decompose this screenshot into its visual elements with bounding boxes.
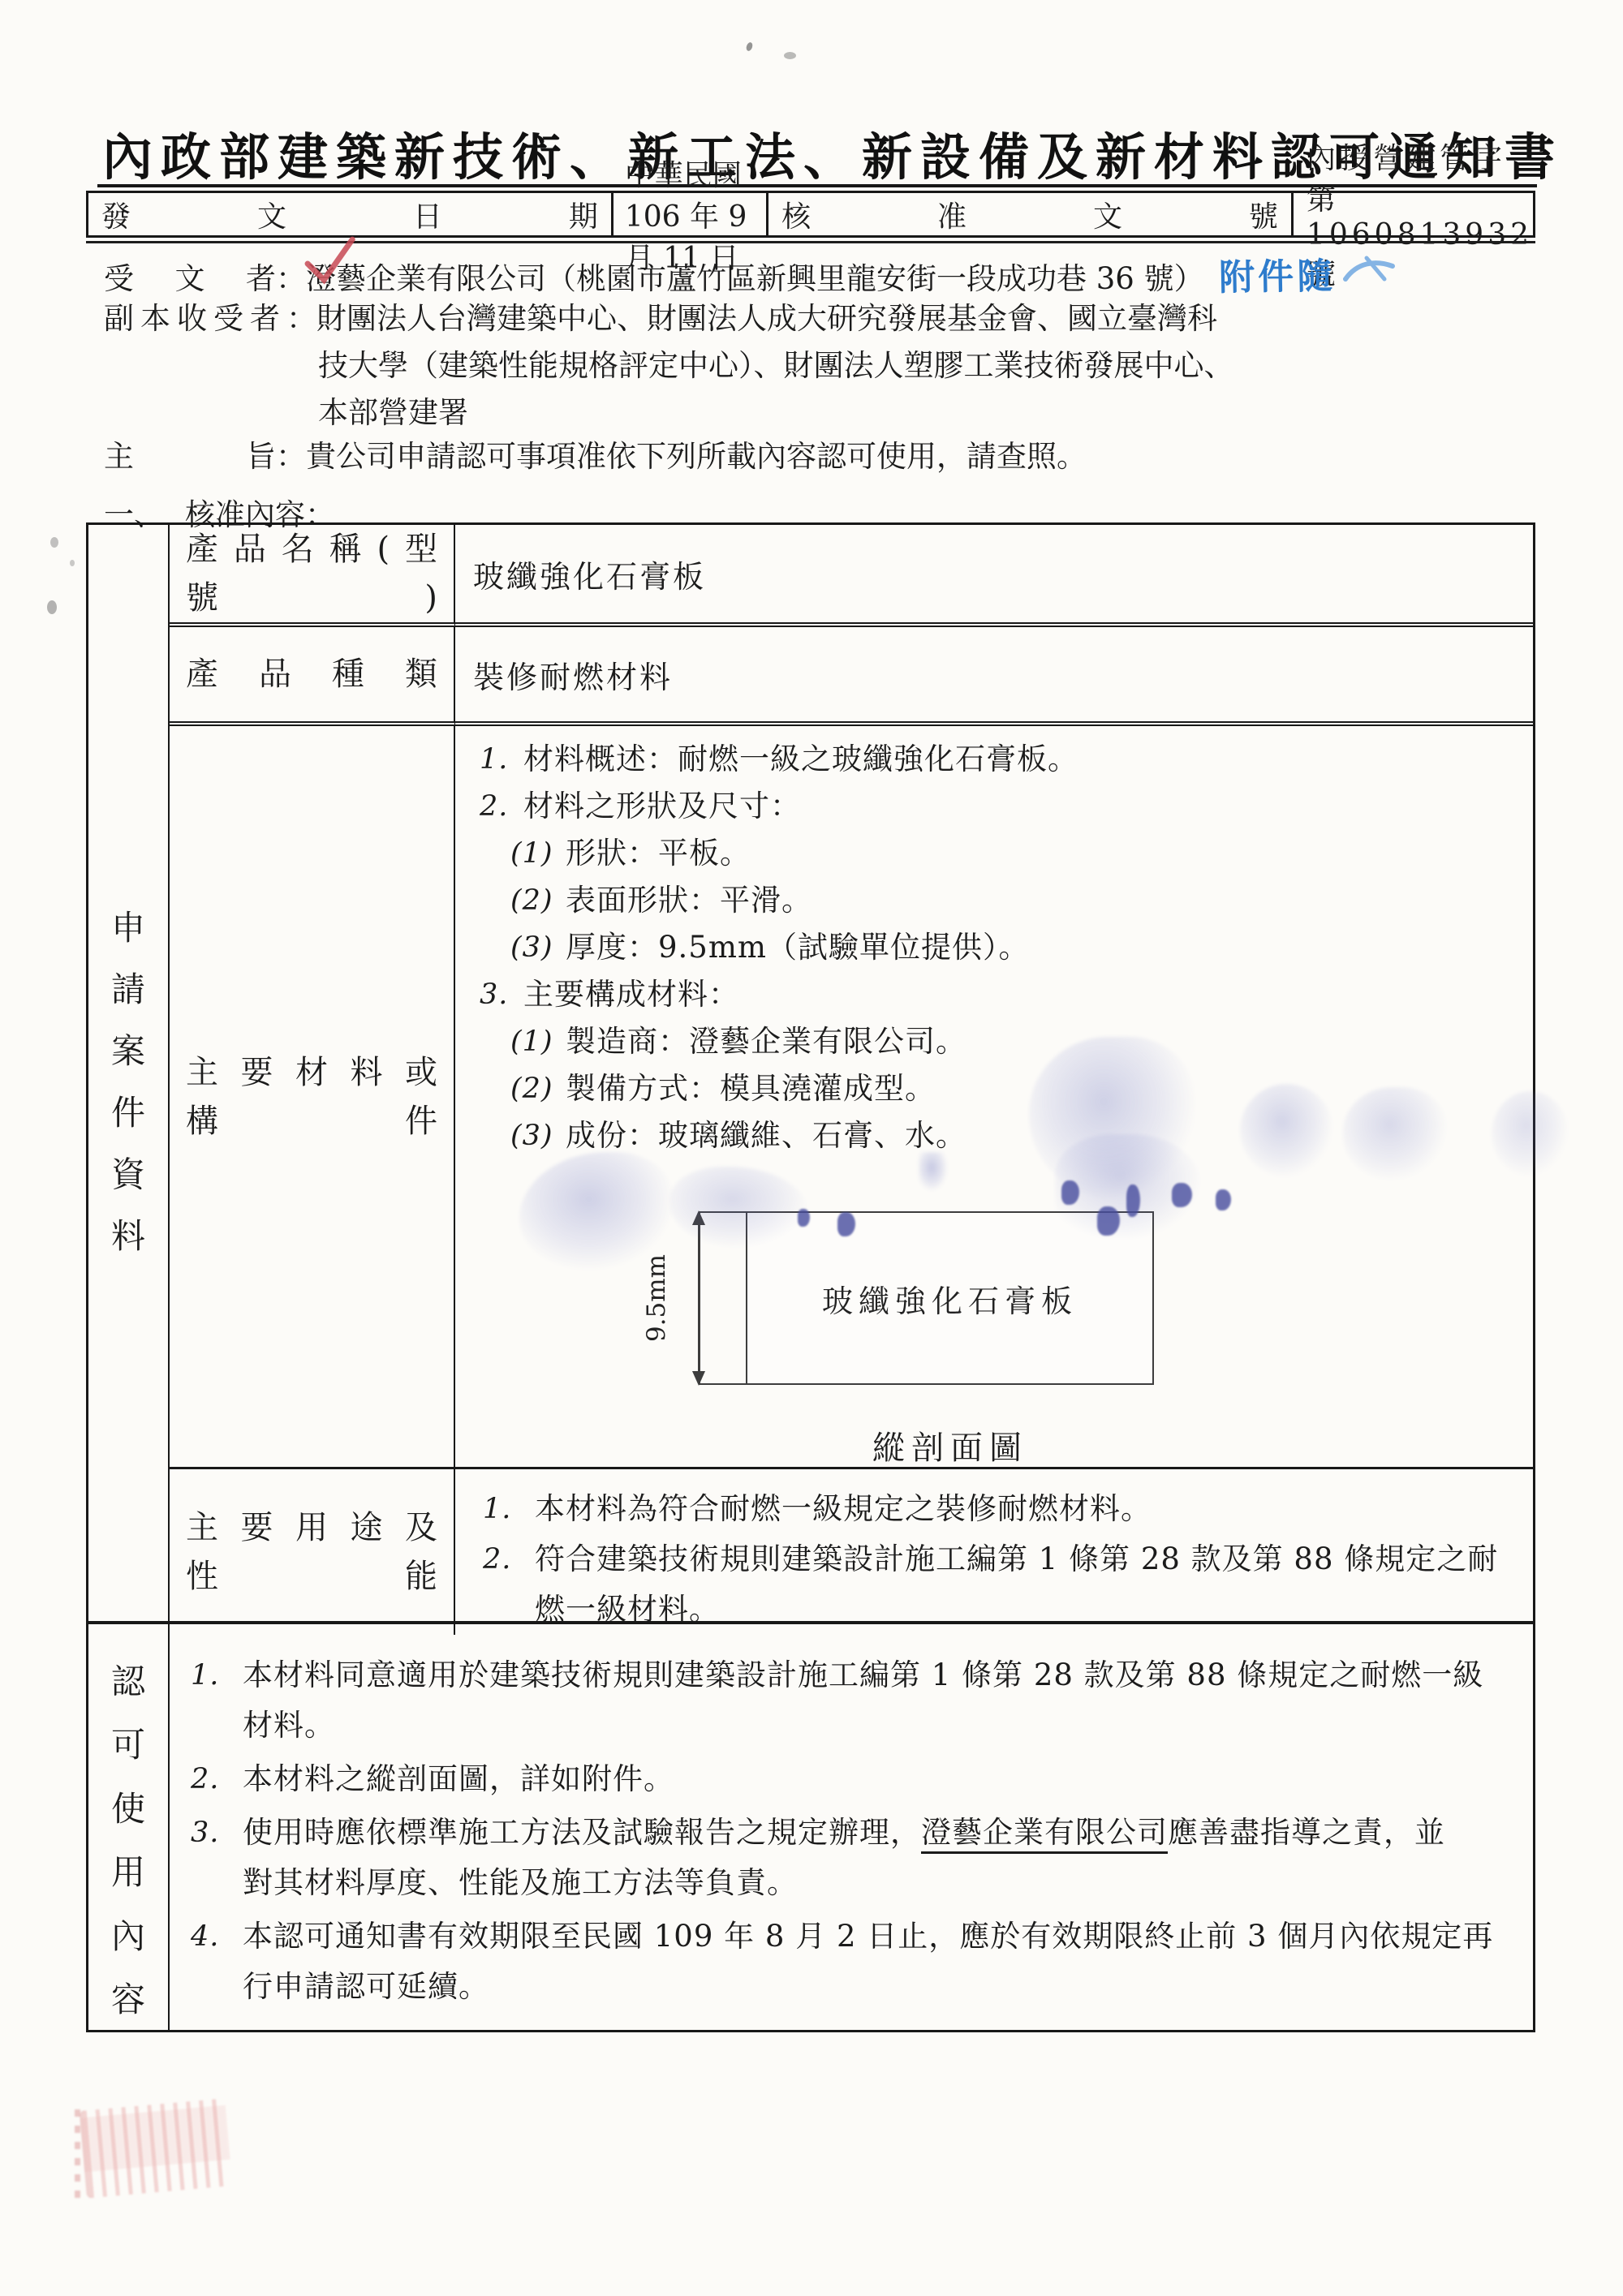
scan-speck: [70, 560, 75, 566]
approval-no-label: 核准文號: [768, 193, 1294, 235]
product-type-value: 裝修耐燃材料: [473, 652, 673, 697]
red-check-mark: [299, 234, 363, 290]
recipient-label: 受文者: [104, 254, 276, 298]
approval-item: 本材料同意適用於建築技術規則建築設計施工編第 1 條第 28 款及第 88 條規…: [243, 1650, 1483, 1751]
use-item: 符合建築技術規則建築設計施工編第 1 條第 28 款及第 88 條規定之耐 燃一…: [535, 1534, 1498, 1635]
scan-speck: [50, 537, 58, 548]
dimension-line: [698, 1213, 700, 1383]
side-label-application-text: 申請案件資料: [111, 901, 145, 1258]
recipient-value: 澄藝企業有限公司（桃園市蘆竹區新興里龍安街一段成功巷 36 號）: [306, 254, 1204, 298]
material-subitem: 表面形狀：平滑。: [566, 877, 812, 924]
cc-line-2: 技大學（建築性能規格評定中心）、財團法人塑膠工業技術發展中心、: [318, 341, 1234, 385]
product-type-label: 產品種類: [170, 627, 455, 726]
subject-value: 貴公司申請認可事項准依下列所載內容認可使用，請查照。: [306, 432, 1087, 475]
cc-text-1: 財團法人台灣建築中心、財團法人成大研究發展基金會、國立臺灣科: [316, 294, 1217, 338]
subject-line: 主旨： 貴公司申請認可事項准依下列所載內容認可使用，請查照。: [104, 432, 1087, 475]
diagram-caption: 縱剖面圖: [780, 1422, 1121, 1468]
material-item: 材料之形狀及尺寸：: [523, 783, 801, 830]
issue-info-table: 發文日期 中華民國 106 年 9 月 11 日 核准文號 內授營建管字第 10…: [86, 191, 1535, 238]
material-subitem: 形狀：平板。: [566, 830, 751, 877]
recipient-line: 受文者： 澄藝企業有限公司（桃園市蘆竹區新興里龍安街一段成功巷 36 號） 附件…: [104, 247, 1399, 299]
cc-line-1: 副本收受者： 財團法人台灣建築中心、財團法人成大研究發展基金會、國立臺灣科: [104, 294, 1217, 338]
product-name-value: 玻纖強化石膏板: [473, 552, 706, 596]
material-item: 主要構成材料：: [523, 971, 739, 1018]
dimension-extension-line: [699, 1383, 747, 1385]
red-stamp-edge: [75, 2109, 80, 2205]
main-materials-label: 主要材料或 構件: [170, 726, 455, 1469]
scan-speck: [784, 52, 796, 59]
approval-no-value: 內授營建管字第 1060813932 號: [1294, 193, 1533, 235]
red-stamp: [80, 2098, 233, 2198]
main-use-label: 主要用途及 性能: [170, 1469, 455, 1635]
application-table: 申請案件資料 產品名稱(型 號) 玻纖強化石膏板 產品種類 裝修耐燃材料 主要材…: [86, 522, 1535, 1624]
main-use-content: 1.本材料為符合耐燃一級規定之裝修耐燃材料。 2.符合建築技術規則建築設計施工編…: [455, 1469, 1533, 1635]
pen-scribble: [1339, 253, 1399, 289]
main-materials-content: 1.材料概述：耐燃一級之玻纖強化石膏板。 2.材料之形狀及尺寸： (1)形狀：平…: [455, 726, 1533, 1469]
subject-label: 主旨: [104, 432, 276, 475]
approval-content: 1.本材料同意適用於建築技術規則建築設計施工編第 1 條第 28 款及第 88 …: [170, 1624, 1533, 2030]
issue-date-label: 發文日期: [88, 193, 613, 235]
material-subitem: 製造商：澄藝企業有限公司。: [566, 1018, 966, 1065]
approval-item: 使用時應依標準施工方法及試驗報告之規定辦理，澄藝企業有限公司應善盡指導之責，並 …: [243, 1808, 1445, 1908]
side-label-approval-text: 認可使用內容: [111, 1655, 145, 2022]
subject-colon: ：: [276, 432, 306, 475]
dimension-label: 9.5mm: [642, 1229, 674, 1367]
scan-speck: [745, 41, 753, 52]
scan-speck: [47, 600, 57, 614]
underlined-company-name: 澄藝企業有限公司: [921, 1815, 1168, 1854]
approval-table: 認可使用內容 1.本材料同意適用於建築技術規則建築設計施工編第 1 條第 28 …: [86, 1624, 1535, 2032]
side-label-approval: 認可使用內容: [88, 1624, 170, 2030]
product-type-value-cell: 裝修耐燃材料: [455, 627, 1533, 726]
side-label-application: 申請案件資料: [88, 525, 170, 1635]
materials-list: 1.材料概述：耐燃一級之玻纖強化石膏板。 2.材料之形狀及尺寸： (1)形狀：平…: [473, 726, 1533, 1159]
material-subitem: 成份：玻璃纖維、石膏、水。: [566, 1112, 966, 1159]
scanned-approval-notice: 內政部建築新技術、新工法、新設備及新材料認可通知書 發文日期 中華民國 106 …: [0, 0, 1623, 2296]
use-item: 本材料為符合耐燃一級規定之裝修耐燃材料。: [535, 1484, 1152, 1534]
dimension-extension-line: [699, 1211, 747, 1213]
cc-label: 副本收受者：: [104, 294, 316, 338]
plate-label: 玻纖強化石膏板: [822, 1276, 1078, 1321]
product-name-value-cell: 玻纖強化石膏板: [455, 525, 1533, 627]
material-item: 材料概述：耐燃一級之玻纖強化石膏板。: [523, 736, 1078, 783]
material-subitem: 厚度：9.5mm（試驗單位提供）。: [566, 924, 1030, 971]
use-list: 1.本材料為符合耐燃一級規定之裝修耐燃材料。 2.符合建築技術規則建築設計施工編…: [473, 1469, 1533, 1635]
approval-item: 本認可通知書有效期限至民國 109 年 8 月 2 日止，應於有效期限終止前 3…: [243, 1911, 1493, 2012]
issue-date-value: 中華民國 106 年 9 月 11 日: [613, 193, 768, 235]
gypsum-board-rectangle: 玻纖強化石膏板: [746, 1211, 1154, 1385]
attachment-stamp: 附件隨: [1218, 247, 1336, 301]
product-name-label: 產品名稱(型 號): [170, 525, 455, 627]
dimension-arrow-down-icon: [692, 1371, 705, 1386]
cc-line-3: 本部營建署: [318, 388, 468, 432]
approval-list: 1.本材料同意適用於建築技術規則建築設計施工編第 1 條第 28 款及第 88 …: [178, 1624, 1533, 2015]
material-subitem: 製備方式：模具澆灌成型。: [566, 1065, 936, 1112]
dimension-arrow-up-icon: [692, 1210, 705, 1225]
approval-item: 本材料之縱剖面圖，詳如附件。: [243, 1754, 674, 1804]
